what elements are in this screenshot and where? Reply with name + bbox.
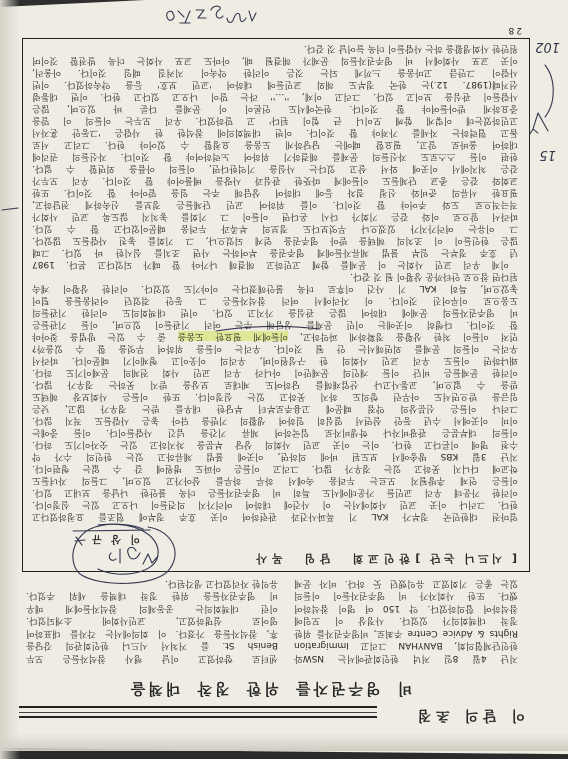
body-line: 중요하게 받아들여야 할 것이다. 한국에서도 언론이 이 문제를 다룬 바 있… <box>32 102 518 114</box>
intro-line: 센터로 향하였고 이날 행사 참석자들은 모두 <box>26 652 278 665</box>
body-line: 임금을 받으면서도 아무런 항의도 하지 못하고 있는 실정이다. 또한 이들은… <box>32 390 518 402</box>
body-line: 이곳 교포 사회에서 비 영주권자들의 문제가 해결될 때, 아마도 교포 사회… <box>32 54 518 66</box>
intro-line: 정착 대책회의가 있었다. 사정상 이 모임에 <box>294 614 518 627</box>
intro-line: 영어로 설명하였고, 교민사회에 소개되었다. <box>26 614 278 627</box>
body-line: 이미 이곳에서 수년 동안 살면서 열심히 일하여 생활의 기반을 닦아 놓은 … <box>32 414 518 426</box>
section-header: 이 달의 초점 <box>413 707 525 723</box>
scan-edge-shadow-bottom <box>0 0 145 7</box>
body-line: 필요한 서류의 준비와 신청 절차 등에 대하여 상담해 주는 일을 맡아야 할… <box>32 186 518 198</box>
scanned-page: 이 달의 초점 비 영주권자를 위한 정착 대책을 지난 4월 8일 저녁 한인… <box>0 0 568 759</box>
body-line: 이들의 대부분은 관광비자나 학생비자로 입국하여 체류 기간을 넘긴 사람들이… <box>32 426 518 438</box>
header-rule-inner-line <box>19 712 377 713</box>
margin-note-top: 102 <box>535 39 560 54</box>
intro-line: 이런 대책회의는 공동체의 참석자들에게 매우 <box>26 602 278 615</box>
body-line: 적극적으로 도와 주어야 할 것이다. 이를 위하여 교민 단체들은 정보를 신… <box>32 198 518 210</box>
intro-line: 후, 참석자들을 가졌다. 이 회의에서는 각자를 대표하여 <box>26 627 278 640</box>
body-line: 할 것이다. 다행히 이곳에는 이민 문제를 상담해 주는 여러 기관들이 있으… <box>32 318 518 330</box>
body-line: 한다. 그러나 이곳 교민 사회에서는 이 사건에 대하여 여러가지 의견들이 … <box>32 498 518 510</box>
handwritten-scribble-icon <box>167 6 256 23</box>
intro-line: 지난 4월 8일 저녁 한인회관에서는 NSW와 <box>294 652 518 665</box>
intro-line: Rights & Advice Centre 주최로, 비영주권자를 위한 <box>294 627 518 640</box>
column-label: [ 시드니 논단 ] <box>412 551 517 565</box>
body-line: 받을 수 없으며, 교통사고나 산업재해를 당하여도 제대로 보상을 받지 못하… <box>32 378 518 390</box>
body-line: 지난 3월 KBS 방송에서 보도된 바에 의하면, 이곳에 불법 체류하고 있… <box>32 450 518 462</box>
intro-line: Benish St. 를 거쳐서 시드니 한인회관의 강당을 <box>26 639 278 652</box>
body-line: 원만한 사회생활을 하는 사람들이 더욱 늘어날 것 같다. <box>32 42 518 54</box>
margin-note-bottom: 15 <box>539 147 556 162</box>
body-line: 학교에 다니지 못하고 있는 경우가 많다. 그리고 이들은 아파도 병원에 갈… <box>32 462 518 474</box>
body-line: 우리는 이들의 문제를 외면해서는 안 될 것이다. 우리는 이들을 위하여 무… <box>32 342 518 354</box>
intro-line: 유익한 자리였다고 생각된다. <box>26 577 278 590</box>
body-line: 수천 명에 이른다고 한다. 이는 이곳 교민 사회의 상당 부분을 차지하고 … <box>32 438 518 450</box>
body-line: 교회와 같은 종교 단체들도 이들에게 따뜻한 관심과 사랑을 베풀어야 할 것… <box>32 174 518 186</box>
body-line: 이제 우리 교민 사회는 이 문제를 함께 고민하고 해결해 나가야 할 때가 … <box>32 258 518 270</box>
header-double-rule <box>19 706 377 718</box>
intro-line: 한인단체협의회, BANYHAN 그리고 Immigration <box>294 639 518 652</box>
intro-right-column: 센터로 향하였고 이날 행사 참석자들은 모두 Benish St. 를 거쳐서… <box>26 577 278 665</box>
body-line: 따라서 앞으로 이와 같은 기회가 다시 온다면 이들이 그 기회를 놓치지 않… <box>32 210 518 222</box>
intro-left-column: 지난 4월 8일 저녁 한인회관에서는 NSW와 한인단체협의회, BANYHA… <box>294 577 518 665</box>
body-line: 사람들이 관심을 보이고 있다. 그리고 이제, ''…'' 라는 말이 나오고… <box>32 90 518 102</box>
body-line: 비 영주권자들의 문제에 대하여 많은 관심을 가지고 있다. 이번 대책회의도… <box>32 306 518 318</box>
body-line: 많은 한인들이 이 조치의 혜택을 받아 영주권을 얻게 되었으나, 그 기회를… <box>32 234 518 246</box>
highlighted-text: 이들에게 필요한 도움을 <box>178 331 288 341</box>
body-line: 도움으로 이루어진 것이다. 이 자리에서 여러 참석자들은 그 동안 겪었던 … <box>32 294 518 306</box>
margin-bracket-icon <box>545 65 553 117</box>
body-line: 년 호주 정부는 일부 불법 체류자들에게 영주권을 부여하는 사면 조치를 실… <box>32 246 518 258</box>
body-line-part: 먼저 이들이 처한 상황을 정확하게 파악하고, <box>288 331 518 341</box>
intro-line: 했다. 또한 사회자가 비 영주권자들이 이들의 <box>294 589 518 602</box>
body-line: 이러한 가운데 우리 교민들 가운데에서도 특히 비 영주권자들은 더욱 불안한… <box>32 486 518 498</box>
byline: 한인교회 담임 목사 <box>251 551 410 565</box>
margin-arrow-icon <box>530 113 548 134</box>
body-line: 돕고 협력하는 자세를 가져야 할 것이다. 이번 대책회의에 참석한 한 사람… <box>32 126 518 138</box>
body-line: 그러나 이들은 신분상의 약점 때문에 고용주로부터 부당한 대우를 받는 경우… <box>32 402 518 414</box>
body-line: 선거때(1987. 12.)는 한국 정부도 해외 교민들에 대하여 '교민 보… <box>32 78 518 90</box>
scan-edge-shade-right <box>0 0 20 759</box>
body-line-highlighted: 먼저 이들이 처한 상황을 정확하게 파악하고, 이들에게 필요한 도움을 줄 … <box>32 330 518 342</box>
intro-line: 참석하여 합의하였다. 약 150 여 명이 참석하여 <box>294 602 518 615</box>
body-line: 같은 처지에서 이곳에 와서 살고 있다는 사실을 기억한다면, 이들의 아픔을… <box>32 162 518 174</box>
body-line: 된다면 참으로 안타까운 상황이 될 것 같다. <box>32 270 518 282</box>
page-number: 28 <box>507 25 522 35</box>
author-name: 이 상 규 <box>89 532 140 544</box>
article-title: 비 영주권자를 위한 정착 대책을 <box>72 680 468 698</box>
body-line: 이러한 문제들은 비단 이들 개인의 문제만이 아니라 우리 교민 사회 전체의… <box>32 366 518 378</box>
body-line: 대하여 올바로 알고, 필요할 때에는 당당하게 도움을 요청할 수 있어야 한… <box>32 138 518 150</box>
body-line-part: 줄 수 있는 방법을 찾아야 <box>32 331 178 341</box>
body-line: 고민하였는데 이렇게 함께 모이니 큰 힘이 된다' 고 말하였다. 우리 모두… <box>32 114 518 126</box>
body-line: 이들은 언제 추방될지 모르는 두려움 속에서 하루 하루를 살아가고 있으며,… <box>32 474 518 486</box>
body-line: 사람이 그만큼 고마움을 느끼게 되는 것은 이러한 약속이 지켜질 때일 것이… <box>32 66 518 78</box>
scan-edge-fade <box>0 733 568 751</box>
body-line: 그 이유는 여러가지가 있겠으나 무엇보다도 정보의 부족과 두려움 때문이었다… <box>32 222 518 234</box>
intro-line: 비 영주권자들을 위한 정착 대책을 세워 주었다. <box>26 589 278 602</box>
body-line: 얼마전 대한민국 정부가 KAL 기 폭파사건과 관련하여 이곳 호주 정부에 … <box>32 510 518 522</box>
body-line: 놓았으며, 특히 KAL 기 사건 이후로 더욱 불안해졌다는 이야기도 있었다… <box>32 282 518 294</box>
body-line: 왜냐하면 이들도 우리 교민 사회의 한 구성원이며, 우리의 이웃이고 형제이… <box>32 354 518 366</box>
article-body: 얼마전 대한민국 정부가 KAL 기 폭파사건과 관련하여 이곳 호주 정부에 … <box>32 42 518 522</box>
body-line: 한편 이들 스스로도 자신들의 문제를 해결하기 위하여 노력하여야 할 것이다… <box>32 150 518 162</box>
intro-line: 있는 좋은 기회였고 유익했던 듯 하다. 비자 문제 <box>294 577 518 590</box>
